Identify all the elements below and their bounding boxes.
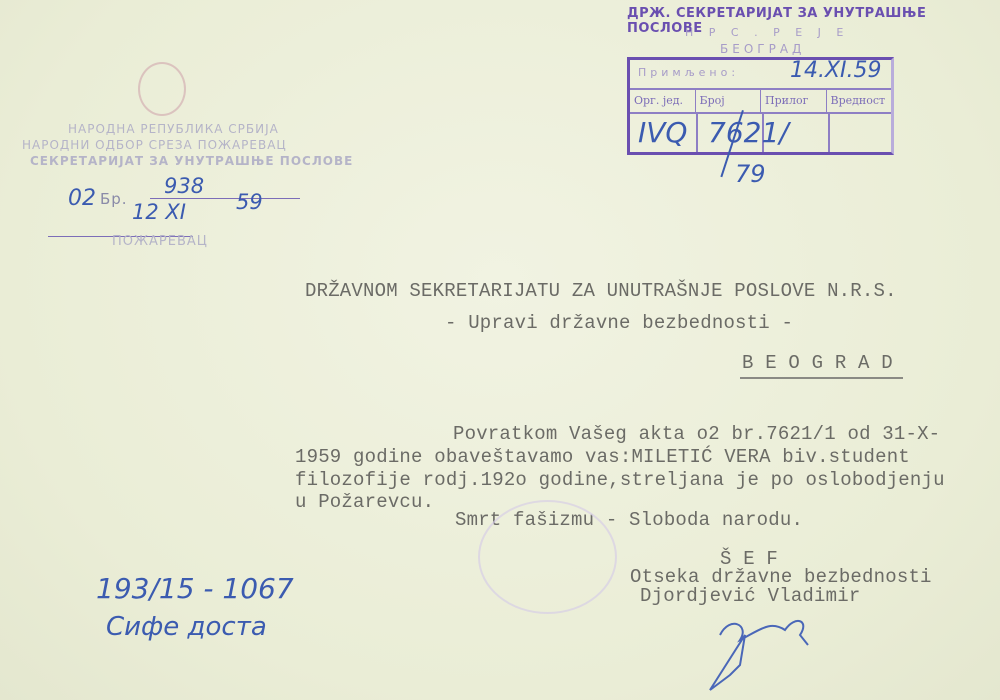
sender-place: ПОЖАРЕВАЦ <box>112 234 208 249</box>
official-round-seal <box>478 500 617 614</box>
body-line4: u Požarevcu. <box>295 491 434 513</box>
handwritten-note: Сифе доста <box>106 612 267 642</box>
reg-line <box>150 198 300 199</box>
body-line1: Povratkom Vašeg akta o2 br.7621/1 od 31-… <box>453 423 940 445</box>
sender-date: 12 XI <box>132 200 186 224</box>
body-line3: filozofije rodj.192o godine,streljana je… <box>295 469 945 491</box>
sender-stamp-line1: НАРОДНА РЕПУБЛИКА СРБИЈА <box>68 122 279 136</box>
addressee-city: B E O G R A D <box>742 352 893 374</box>
handwritten-signature <box>690 605 840 695</box>
received-stamp-city: БЕОГРАД <box>720 42 805 56</box>
sender-prefix: 02 <box>68 186 96 211</box>
sender-number-label: Бр. <box>100 190 128 208</box>
stamp-col-org: Орг. јед. <box>630 90 695 112</box>
stamp-col-value: Вредност <box>826 90 892 112</box>
received-label: Примљено: <box>638 66 739 79</box>
stamp-col-number: Број <box>695 90 761 112</box>
sender-stamp-line2: НАРОДНИ ОДБОР СРЕЗА ПОЖАРЕВАЦ <box>22 138 287 152</box>
stamp-suffix: 79 <box>735 160 766 188</box>
addressee-line1: DRŽAVNOM SEKRETARIJATU ZA UNUTRAŠNJE POS… <box>305 280 897 302</box>
received-stamp-subtitle: Н Р С . Р Е Ј Е <box>685 26 849 39</box>
addressee-line2: - Upravi državne bezbednosti - <box>445 312 793 334</box>
archive-number: 193/15 - 1067 <box>96 572 294 605</box>
stamp-number: 7621/ <box>708 116 789 149</box>
city-underline <box>740 377 903 379</box>
received-date: 14.XI.59 <box>790 58 882 83</box>
sender-year: 59 <box>236 190 263 214</box>
signature-name: Djordjević Vladimir <box>640 585 860 607</box>
sender-number: 938 <box>164 174 204 198</box>
stamp-columns: Орг. јед. Број Прилог Вредност <box>630 90 891 112</box>
stamp-col-attachment: Прилог <box>760 90 826 112</box>
body-line2: 1959 godine obaveštavamo vas:MILETIĆ VER… <box>295 446 910 468</box>
received-stamp-box: Примљено: 14.XI.59 Орг. јед. Број Прилог… <box>627 57 894 155</box>
stamp-org-unit: IVQ <box>638 116 687 149</box>
sender-stamp-line3: СЕКРЕТАРИЈАТ ЗА УНУТРАШЊЕ ПОСЛОВЕ <box>30 154 353 168</box>
coat-of-arms-emblem <box>138 62 186 116</box>
